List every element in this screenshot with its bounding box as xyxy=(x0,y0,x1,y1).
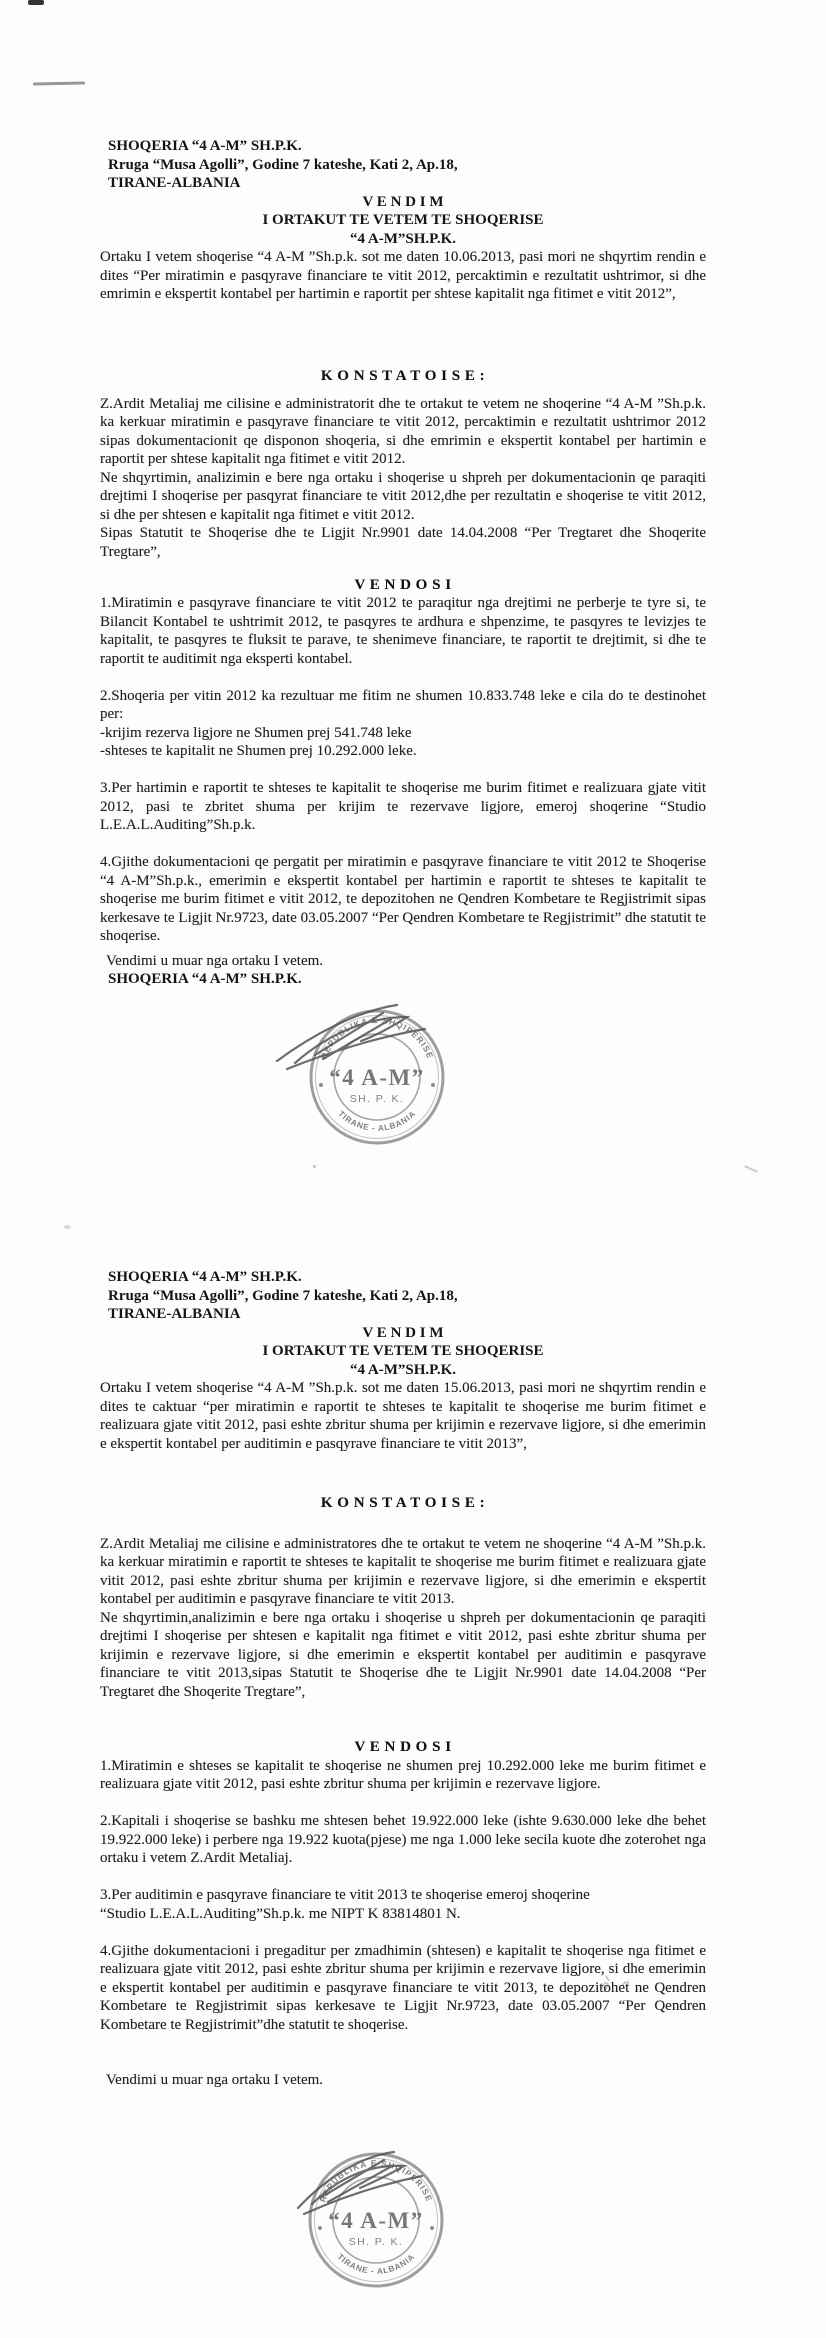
konstatoi-heading: K O N S T A T O I S E : xyxy=(100,367,706,386)
scan-artifact-mark xyxy=(28,0,44,5)
signoff-company: SHOQERIA “4 A-M” SH.P.K. xyxy=(108,970,706,989)
konstatoi-paragraph: Z.Ardit Metaliaj me cilisine e administr… xyxy=(100,1535,706,1609)
company-name: SHOQERIA “4 A-M” SH.P.K. xyxy=(108,137,706,156)
handwritten-signature xyxy=(298,2152,422,2214)
document-subtitle: I ORTAKUT TE VETEM TE SHOQERISE xyxy=(100,1342,706,1361)
scan-dash xyxy=(744,1165,758,1173)
closing-statement: Vendimi u muar nga ortaku I vetem. xyxy=(100,952,706,971)
decision-document-1: SHOQERIA “4 A-M” SH.P.K. Rruga “Musa Ago… xyxy=(0,137,826,989)
decision-item-4: 4.Gjithe dokumentacioni i pregaditur per… xyxy=(100,1942,706,2035)
decision-item-3: 3.Per hartimin e raportit te shteses te … xyxy=(100,779,706,835)
scanned-document-page: { "stamp": { "top_arc": "REPUBLIKA E SHQ… xyxy=(0,0,826,2338)
company-city: TIRANE-ALBANIA xyxy=(108,1305,706,1324)
auditor-appointment-line: 3.Per auditimin e pasqyrave financiare t… xyxy=(100,1886,706,1905)
vendosi-heading: V E N D O S I xyxy=(100,576,706,595)
decision-item-4: 4.Gjithe dokumentacioni qe pergatit per … xyxy=(100,853,706,946)
decision-item-2: 2.Kapitali i shoqerise se bashku me shte… xyxy=(100,1812,706,1868)
konstatoi-paragraph: Ne shqyrtimin, analizimin e bere nga ort… xyxy=(100,469,706,525)
konstatoi-paragraph: Sipas Statutit te Shoqerise dhe te Ligji… xyxy=(100,524,706,561)
decision-item-2: 2.Shoqeria per vitin 2012 ka rezultuar m… xyxy=(100,687,706,761)
konstatoi-paragraph: Z.Ardit Metaliaj me cilisine e administr… xyxy=(100,395,706,469)
document-title-company: “4 A-M”SH.P.K. xyxy=(100,230,706,249)
company-address: Rruga “Musa Agolli”, Godine 7 kateshe, K… xyxy=(108,1287,706,1306)
company-seal-with-signature: REPUBLIKA E SHQIPERISE TIRANE - ALBANIA … xyxy=(257,995,477,1155)
document-title: V E N D I M xyxy=(100,1324,706,1343)
decision-item-1: 1.Miratimin e pasqyrave financiare te vi… xyxy=(100,594,706,668)
seal-company-type: SH. P. K. xyxy=(350,1093,404,1105)
seal-right-dot xyxy=(430,2226,434,2230)
seal-company-name: “4 A-M” xyxy=(329,1065,424,1090)
konstatoi-heading: K O N S T A T O I S E : xyxy=(100,1494,706,1513)
handwritten-signature xyxy=(277,1005,425,1069)
konstatoi-paragraph: Ne shqyrtimin,analizimin e bere nga orta… xyxy=(100,1609,706,1702)
seal-left-dot xyxy=(318,2226,322,2230)
company-address: Rruga “Musa Agolli”, Godine 7 kateshe, K… xyxy=(108,156,706,175)
seal-company-name: “4 A-M” xyxy=(328,2208,423,2233)
vendosi-heading: V E N D O S I xyxy=(100,1738,706,1757)
allocation-line-capital: -shteses te kapitalit ne Shumen prej 10.… xyxy=(100,742,706,761)
company-name: SHOQERIA “4 A-M” SH.P.K. xyxy=(108,1268,706,1287)
seal-rings xyxy=(311,1011,443,1143)
auditor-nipt-line: “Studio L.E.A.L.Auditing”Sh.p.k. me NIPT… xyxy=(100,1905,706,1924)
intro-paragraph: Ortaku I vetem shoqerise “4 A-M ”Sh.p.k.… xyxy=(100,1379,706,1453)
intro-paragraph: Ortaku I vetem shoqerise “4 A-M ”Sh.p.k.… xyxy=(100,248,706,304)
scan-smudge xyxy=(64,1225,71,1229)
closing-statement: Vendimi u muar nga ortaku I vetem. xyxy=(100,2071,706,2090)
seal-bottom-arc-text: TIRANE - ALBANIA xyxy=(335,2252,416,2276)
document-subtitle: I ORTAKUT TE VETEM TE SHOQERISE xyxy=(100,211,706,230)
seal-rings xyxy=(310,2154,442,2286)
decision-item-1: 1.Miratimin e shteses se kapitalit te sh… xyxy=(100,1757,706,1794)
seal-company-type: SH. P. K. xyxy=(349,2236,403,2248)
scan-speck xyxy=(313,1165,316,1168)
decision-item-3: 3.Per auditimin e pasqyrave financiare t… xyxy=(100,1886,706,1923)
seal-right-dot xyxy=(431,1083,435,1087)
seal-bottom-arc-text: TIRANE - ALBANIA xyxy=(336,1109,417,1133)
scan-artifact-line xyxy=(33,81,85,85)
allocation-line-reserve: -krijim rezerva ligjore ne Shumen prej 5… xyxy=(100,724,706,743)
document-title-company: “4 A-M”SH.P.K. xyxy=(100,1361,706,1380)
decision-document-2: SHOQERIA “4 A-M” SH.P.K. Rruga “Musa Ago… xyxy=(0,1268,826,2089)
seal-left-dot xyxy=(319,1083,323,1087)
decision-item-2-text: 2.Shoqeria per vitin 2012 ka rezultuar m… xyxy=(100,687,706,724)
company-city: TIRANE-ALBANIA xyxy=(108,174,706,193)
seal-top-arc-text: REPUBLIKA E SHQIPERISE xyxy=(317,2158,434,2204)
company-seal-with-signature: REPUBLIKA E SHQIPERISE TIRANE - ALBANIA … xyxy=(256,2138,476,2298)
document-title: V E N D I M xyxy=(100,193,706,212)
seal-top-arc-text: REPUBLIKA E SHQIPERISE xyxy=(318,1015,435,1061)
